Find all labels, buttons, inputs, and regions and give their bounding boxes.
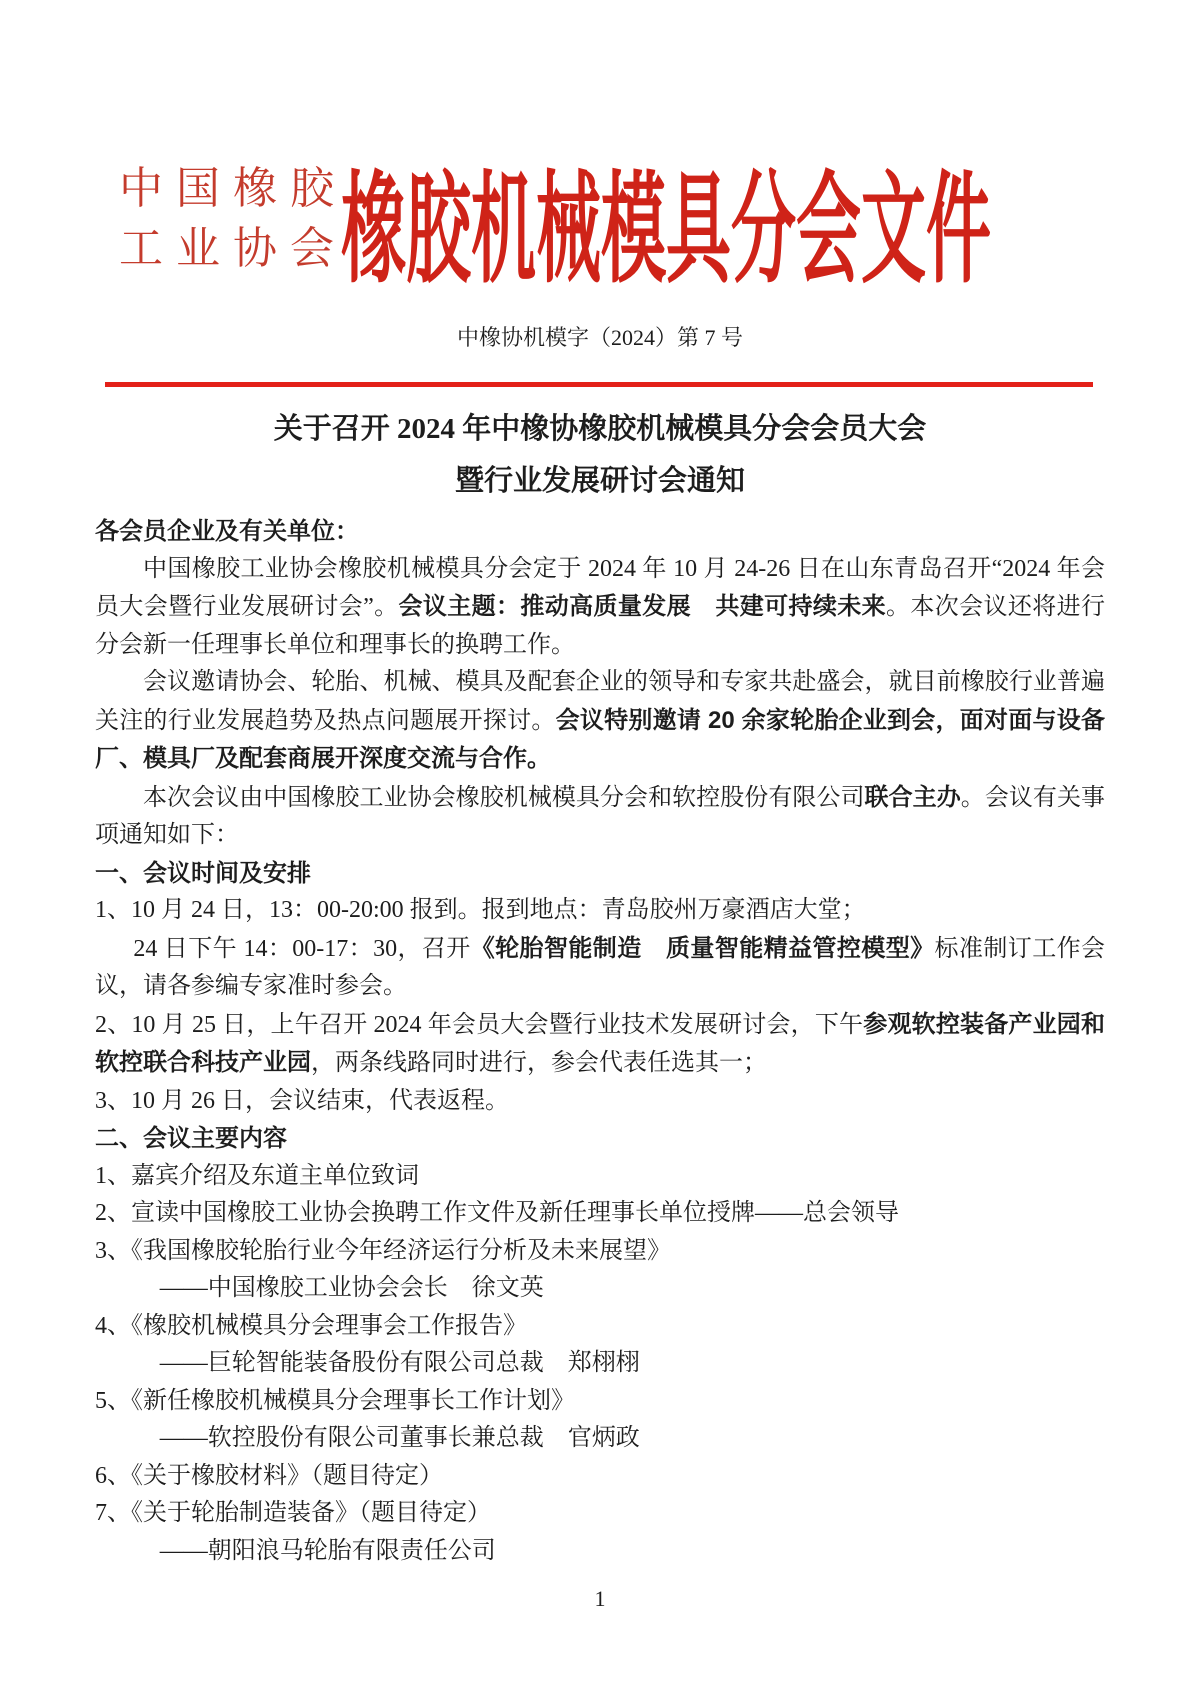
agenda-speaker: ——朝阳浪马轮胎有限责任公司 (95, 1533, 1105, 1571)
agenda-item: 2、宣读中国橡胶工业协会换聘工作文件及新任理事长单位授牌——总会领导 (95, 1195, 1105, 1233)
schedule-item-3: 3、10 月 26 日，会议结束，代表返程。 (95, 1083, 1105, 1121)
day2-tail: ，两条线路同时进行，参会代表任选其一； (311, 1050, 767, 1076)
page-number: 1 (95, 1584, 1105, 1614)
paragraph-hosts: 本次会议由中国橡胶工业协会橡胶机械模具分会和软控股份有限公司联合主办。会议有关事… (95, 779, 1105, 855)
schedule-item-2: 2、10 月 25 日，上午召开 2024 年会员大会暨行业技术发展研讨会，下午… (95, 1006, 1105, 1083)
banner-title: 橡胶机械模具分会文件 (341, 132, 991, 306)
org-name: 中国橡胶 工业协会 (119, 159, 347, 279)
paragraph-invitation: 会议邀请协会、轮胎、机械、模具及配套企业的领导和专家共赴盛会，就目前橡胶行业普遍… (95, 664, 1105, 779)
hosts-text: 本次会议由中国橡胶工业协会橡胶机械模具分会和软控股份有限公司 (143, 785, 865, 811)
standard-meeting-text: 24 日下午 14：00-17：30，召开 (133, 936, 470, 962)
org-name-line1: 中国橡胶 (119, 159, 347, 219)
red-divider (105, 382, 1093, 387)
letterhead: 中国橡胶 工业协会 橡胶机械模具分会文件 (95, 146, 1105, 291)
agenda-item: 4、《橡胶机械模具分会理事会工作报告》 (95, 1308, 1105, 1346)
agenda-item: 3、《我国橡胶轮胎行业今年经济运行分析及未来展望》 (95, 1233, 1105, 1271)
agenda-item: 5、《新任橡胶机械模具分会理事长工作计划》 (95, 1383, 1105, 1421)
salutation: 各会员企业及有关单位： (95, 513, 1105, 551)
paragraph-intro: 中国橡胶工业协会橡胶机械模具分会定于 2024 年 10 月 24-26 日在山… (95, 551, 1105, 665)
org-name-line2: 工业协会 (119, 219, 347, 279)
agenda-item: 7、《关于轮胎制造装备》（题目待定） (95, 1495, 1105, 1533)
day2-text: 2、10 月 25 日，上午召开 2024 年会员大会暨行业技术发展研讨会，下午 (95, 1012, 863, 1038)
conference-theme-emphasis: 会议主题：推动高质量发展 共建可持续未来 (399, 593, 886, 620)
notice-title-line1: 关于召开 2024 年中橡协橡胶机械模具分会会员大会 (95, 403, 1105, 455)
document-page: 中国橡胶 工业协会 橡胶机械模具分会文件 中橡协机模字（2024）第 7 号 关… (0, 0, 1200, 1696)
notice-body: 各会员企业及有关单位： 中国橡胶工业协会橡胶机械模具分会定于 2024 年 10… (95, 513, 1105, 1570)
notice-title: 关于召开 2024 年中橡协橡胶机械模具分会会员大会 暨行业发展研讨会通知 (95, 403, 1105, 507)
agenda-item: 6、《关于橡胶材料》（题目待定） (95, 1458, 1105, 1496)
notice-title-line2: 暨行业发展研讨会通知 (95, 455, 1105, 507)
standard-title-emphasis: 《轮胎智能制造 质量智能精益管控模型》 (471, 935, 935, 962)
doc-number: 中橡协机模字（2024）第 7 号 (95, 323, 1105, 353)
agenda-item: 1、嘉宾介绍及东道主单位致词 (95, 1158, 1105, 1196)
document-content: 中国橡胶 工业协会 橡胶机械模具分会文件 中橡协机模字（2024）第 7 号 关… (0, 146, 1200, 1614)
schedule-item-1b: 24 日下午 14：00-17：30，召开《轮胎智能制造 质量智能精益管控模型》… (95, 930, 1105, 1006)
co-host-emphasis: 联合主办 (865, 784, 961, 811)
agenda-speaker: ——中国橡胶工业协会会长 徐文英 (95, 1270, 1105, 1308)
agenda-speaker: ——软控股份有限公司董事长兼总裁 官炳政 (95, 1420, 1105, 1458)
section-heading-schedule: 一、会议时间及安排 (95, 855, 1105, 893)
agenda-speaker: ——巨轮智能装备股份有限公司总裁 郑栩栩 (95, 1345, 1105, 1383)
schedule-item-1: 1、10 月 24 日，13：00-20:00 报到。报到地点：青岛胶州万豪酒店… (95, 892, 1105, 930)
section-heading-agenda: 二、会议主要内容 (95, 1120, 1105, 1158)
